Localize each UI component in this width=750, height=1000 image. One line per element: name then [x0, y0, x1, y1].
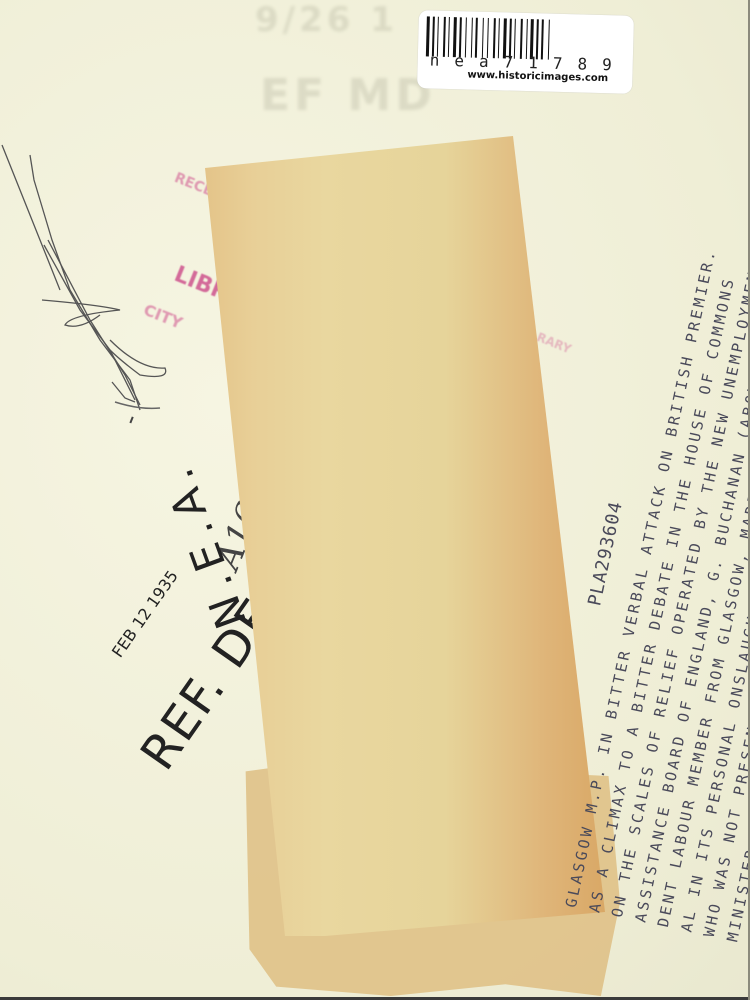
signature-scribble-icon	[0, 140, 200, 430]
barcode-url: www.historicimages.com	[467, 69, 608, 84]
barcode-sticker: nea71789 www.historicimages.com	[417, 10, 634, 94]
show-through-text-top: 9/26 1	[255, 0, 398, 40]
show-through-text-second: EF MD	[260, 70, 436, 121]
caption-clipping	[205, 136, 605, 936]
